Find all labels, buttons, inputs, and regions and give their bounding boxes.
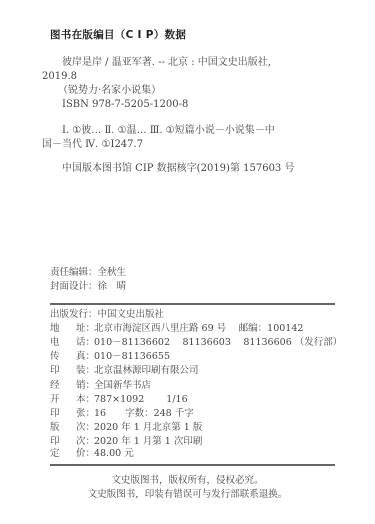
publisher-row: 出版发行：中国文史出版社 (50, 308, 164, 321)
cip-line-6: 国－当代 Ⅳ. ①I247.7 (42, 138, 143, 152)
credit-editor-label: 责任编辑： (50, 267, 98, 278)
detail-fax: 传真：010－81136655 (50, 350, 170, 363)
detail-distributor: 经销：全国新华书店 (50, 379, 151, 392)
credit-editor: 责任编辑：全秋生 (50, 266, 126, 280)
publisher-value: 中国文史出版社 (98, 309, 165, 320)
publisher-label: 出版发行： (50, 309, 98, 320)
detail-format: 开本：787×1092 1/16 (50, 393, 188, 406)
credit-cover-value: 徐 晴 (98, 281, 127, 292)
detail-edition: 版次：2020 年 1 月北京第 1 版 (50, 421, 202, 434)
detail-sheets: 印张：16 字数：248 千字 (50, 407, 194, 420)
footer-copyright: 文史版图书，版权所有，侵权必究。 (0, 472, 375, 486)
cip-record-number: 中国版本图书馆 CIP 数据核字(2019)第 157603 号 (62, 162, 294, 176)
detail-price: 定价：48.00 元 (50, 447, 134, 460)
credit-editor-value: 全秋生 (98, 267, 127, 278)
cip-isbn: ISBN 978-7-5205-1200-8 (62, 98, 188, 112)
cip-title: 图书在版编目（C I P）数据 (50, 27, 186, 42)
cip-line-5: Ⅰ. ①彼… Ⅱ. ①温… Ⅲ. ①短篇小说－小说集－中 (62, 124, 275, 138)
detail-printer: 印装：北京温林源印刷有限公司 (50, 364, 199, 377)
divider-top (50, 303, 335, 305)
detail-phone: 电话：010－81136602 81136603 81136606 （发行部） (50, 336, 342, 349)
credit-cover-design: 封面设计：徐 晴 (50, 280, 126, 294)
credit-cover-label: 封面设计： (50, 281, 98, 292)
divider-bottom (50, 464, 335, 466)
cip-line-3: （锐势力·名家小说集） (58, 84, 161, 98)
detail-address: 地址：北京市海淀区西八里庄路 69 号 邮编：100142 (50, 322, 303, 335)
cip-line-2: 2019.8 (42, 70, 77, 84)
cip-line-1: 彼岸是岸 / 温亚军著. -- 北京 : 中国文史出版社, (62, 56, 271, 70)
footer-return-policy: 文史版图书，印装有错误可与发行部联系退换。 (0, 486, 375, 500)
